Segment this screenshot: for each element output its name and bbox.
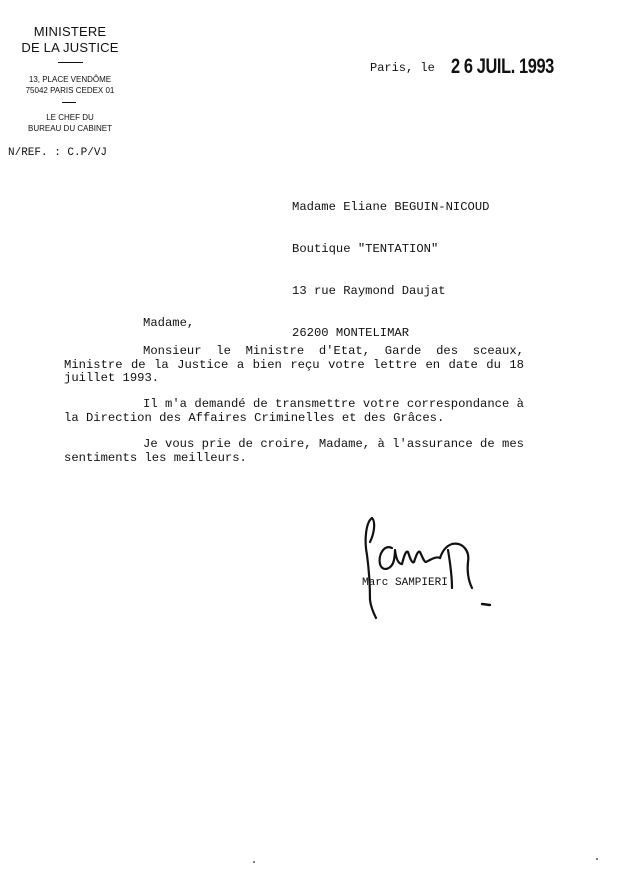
- recipient-address: Madame Eliane BEGUIN-NICOUD Boutique "TE…: [292, 172, 489, 354]
- paragraph-text: Je vous prie de croire, Madame, à l'assu…: [64, 437, 524, 465]
- office-line2: BUREAU DU CABINET: [5, 123, 135, 134]
- letterhead-divider-small: [62, 102, 76, 103]
- date-stamp: 2 6 JUIL. 1993: [451, 55, 554, 79]
- paragraph-text: Il m'a demandé de transmettre votre corr…: [64, 397, 524, 425]
- office-title: LE CHEF DU BUREAU DU CABINET: [5, 112, 135, 134]
- body-paragraph: Il m'a demandé de transmettre votre corr…: [64, 398, 524, 425]
- office-line1: LE CHEF DU: [5, 112, 135, 123]
- handwritten-signature: [340, 500, 520, 630]
- letterhead-divider: [58, 62, 83, 63]
- recipient-line: Boutique "TENTATION": [292, 242, 489, 256]
- paragraph-text: Monsieur le Ministre d'Etat, Garde des s…: [64, 344, 524, 385]
- scan-speck: [253, 861, 255, 863]
- body-paragraph: Je vous prie de croire, Madame, à l'assu…: [64, 438, 524, 465]
- address-line1: 13, PLACE VENDÔME: [5, 74, 135, 85]
- recipient-line: Madame Eliane BEGUIN-NICOUD: [292, 200, 489, 214]
- ministry-name: MINISTERE DE LA JUSTICE: [10, 24, 130, 56]
- ministry-name-line2: DE LA JUSTICE: [10, 40, 130, 56]
- scan-speck: [596, 858, 598, 860]
- ministry-name-line1: MINISTERE: [10, 24, 130, 40]
- date-place: Paris, le: [370, 61, 435, 75]
- salutation: Madame,: [143, 316, 194, 330]
- recipient-line: 13 rue Raymond Daujat: [292, 284, 489, 298]
- address-line2: 75042 PARIS CEDEX 01: [5, 85, 135, 96]
- reference-code: N/REF. : C.P/VJ: [8, 147, 107, 159]
- recipient-line: 26200 MONTELIMAR: [292, 326, 489, 340]
- ministry-address: 13, PLACE VENDÔME 75042 PARIS CEDEX 01: [5, 74, 135, 96]
- body-paragraph: Monsieur le Ministre d'Etat, Garde des s…: [64, 345, 524, 386]
